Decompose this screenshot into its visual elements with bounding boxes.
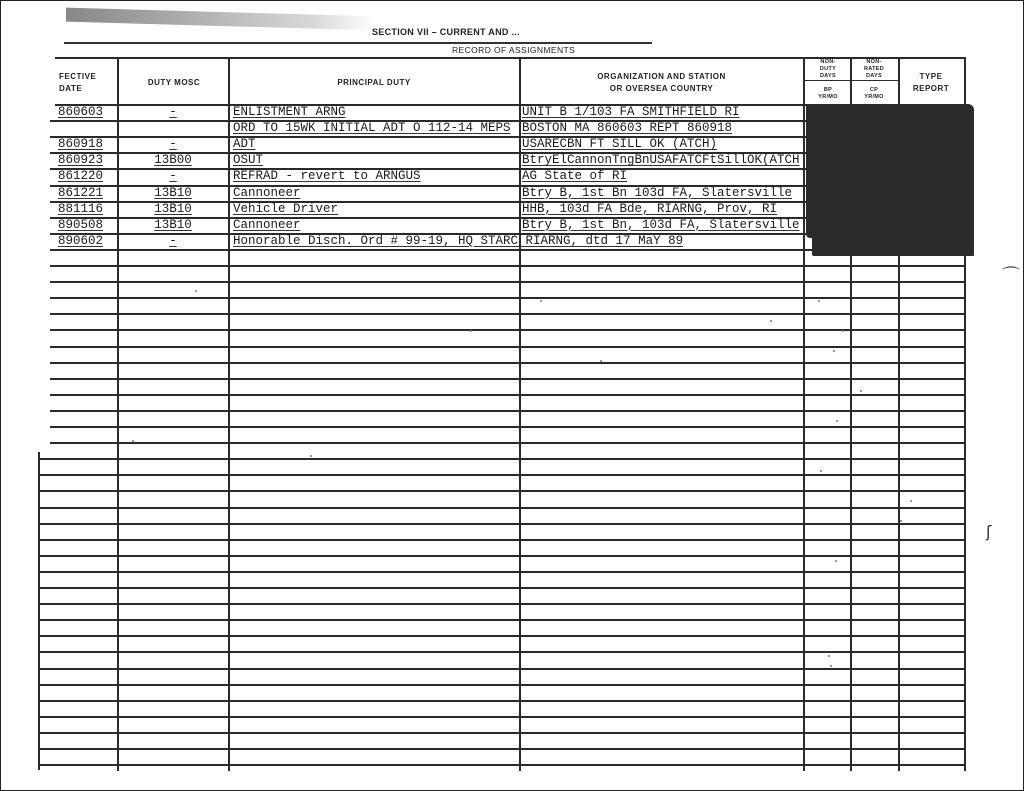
scan-speck [860,390,862,392]
row-rule [50,265,966,267]
table-cell-mosc: - [118,169,228,184]
header-non-duty-days: NON- DUTY DAYS [805,59,851,80]
header-non-rated-days: NON- RATED DAYS [851,59,897,80]
scan-speck [132,440,134,442]
row-rule [38,490,966,492]
scan-speck [900,520,902,522]
row-rule [50,281,966,283]
table-cell-mosc: 13B10 [118,218,228,233]
row-rule [50,297,966,299]
table-cell-duty: Vehicle Driver [233,202,533,217]
row-rule [50,394,966,396]
row-rule [38,684,966,686]
scan-speck [310,455,312,457]
table-cell-mosc: 13B10 [118,186,228,201]
header-type-report: TYPE REPORT [898,71,964,95]
table-cell-mosc: 13B00 [118,153,228,168]
scan-speck [770,320,772,322]
row-rule [50,346,966,348]
table-cell-date: 890602 [58,234,118,249]
row-rule [38,555,966,557]
row-rule [38,619,966,621]
row-rule [50,313,966,315]
table-cell-org: AG State of RI [522,169,804,184]
record-title: RECORD OF ASSIGNMENTS [452,45,575,55]
table-cell-mosc: - [118,137,228,152]
table-cell-date: 860603 [58,105,118,120]
table-cell-date: 860923 [58,153,118,168]
row-rule [38,635,966,637]
row-rule [50,378,966,380]
row-rule [50,329,966,331]
column-rule [228,57,230,771]
table-cell-org: HHB, 103d FA Bde, RIARNG, Prov, RI [522,202,804,217]
row-rule [50,442,966,444]
table-cell-duty: ORD TO 15WK INITIAL ADT O 112-14 MEPS [233,121,533,136]
top-rule [64,42,652,44]
left-edge-rule [38,452,40,770]
row-rule [38,668,966,670]
table-cell-duty: ENLISTMENT ARNG [233,105,533,120]
header-non-rated-sub: CP YR/MO [851,87,897,101]
row-rule [50,249,966,251]
scan-speck [836,420,838,422]
table-cell-mosc: - [118,105,228,120]
row-rule [38,507,966,509]
row-rule [50,410,966,412]
row-rule [38,474,966,476]
table-cell-duty: Cannoneer [233,186,533,201]
header-effective-date: FECTIVE DATE [59,71,117,95]
scan-speck [600,360,602,362]
row-rule [38,700,966,702]
row-rule [38,732,966,734]
row-rule [38,587,966,589]
row-rule [38,716,966,718]
table-cell-duty: ADT [233,137,533,152]
row-rule [38,651,966,653]
scan-speck [470,330,472,332]
row-rule [50,426,966,428]
section-title: SECTION VII – CURRENT AND ... [372,27,520,37]
row-rule [38,539,966,541]
column-rule [898,57,900,771]
row-rule [38,603,966,605]
scan-speck [818,300,820,302]
row-rule [38,764,966,766]
table-cell-mosc: 13B10 [118,202,228,217]
row-rule [38,571,966,573]
table-cell-org: Btry B, 1st Bn 103d FA, Slatersville [522,186,804,201]
table-cell-org: Btry B, 1st Bn, 103d FA, Slatersville [522,218,804,233]
scan-speck [842,330,844,332]
header-organization: ORGANIZATION AND STATION OR OVERSEA COUN… [520,71,803,95]
scan-speck [828,655,830,657]
table-cell-mosc: - [118,234,228,249]
scan-speck [910,500,912,502]
margin-mark: ʃ [986,522,991,541]
scan-speck [833,350,835,352]
scan-speck [835,560,837,562]
scan-speck [540,300,542,302]
row-rule [38,458,966,460]
margin-mark: ⌒ [1002,262,1020,288]
header-principal-duty: PRINCIPAL DUTY [229,77,519,89]
row-rule [50,362,966,364]
table-cell-duty: Honorable Disch. Ord # 99-19, HQ STARC R… [233,234,533,249]
table-cell-date: 890508 [58,218,118,233]
table-cell-date: 860918 [58,137,118,152]
table-cell-date: 861220 [58,169,118,184]
table-cell-date: 861221 [58,186,118,201]
header-non-duty-sub: BP YR/MO [805,87,851,101]
table-cell-org: USARECBN FT SILL OK (ATCH) [522,137,804,152]
table-cell-org: BtryElCannonTngBnUSAFATCFtSillOK(ATCH [522,153,804,168]
scan-speck [195,290,197,292]
row-rule [38,748,966,750]
table-cell-org: UNIT B 1/103 FA SMITHFIELD RI [522,105,804,120]
table-cell-duty: OSUT [233,153,533,168]
table-top-border [55,57,966,59]
row-rule [38,523,966,525]
table-cell-date: 881116 [58,202,118,217]
table-cell-org: BOSTON MA 860603 REPT 860918 [522,121,804,136]
column-rule [964,57,966,771]
header-duty-mosc: DUTY MOSC [119,77,229,89]
scan-speck [820,470,822,472]
table-cell-duty: Cannoneer [233,218,533,233]
column-rule [850,57,852,771]
table-cell-duty: REFRAD - revert to ARNGUS [233,169,533,184]
scan-speck [830,665,832,667]
